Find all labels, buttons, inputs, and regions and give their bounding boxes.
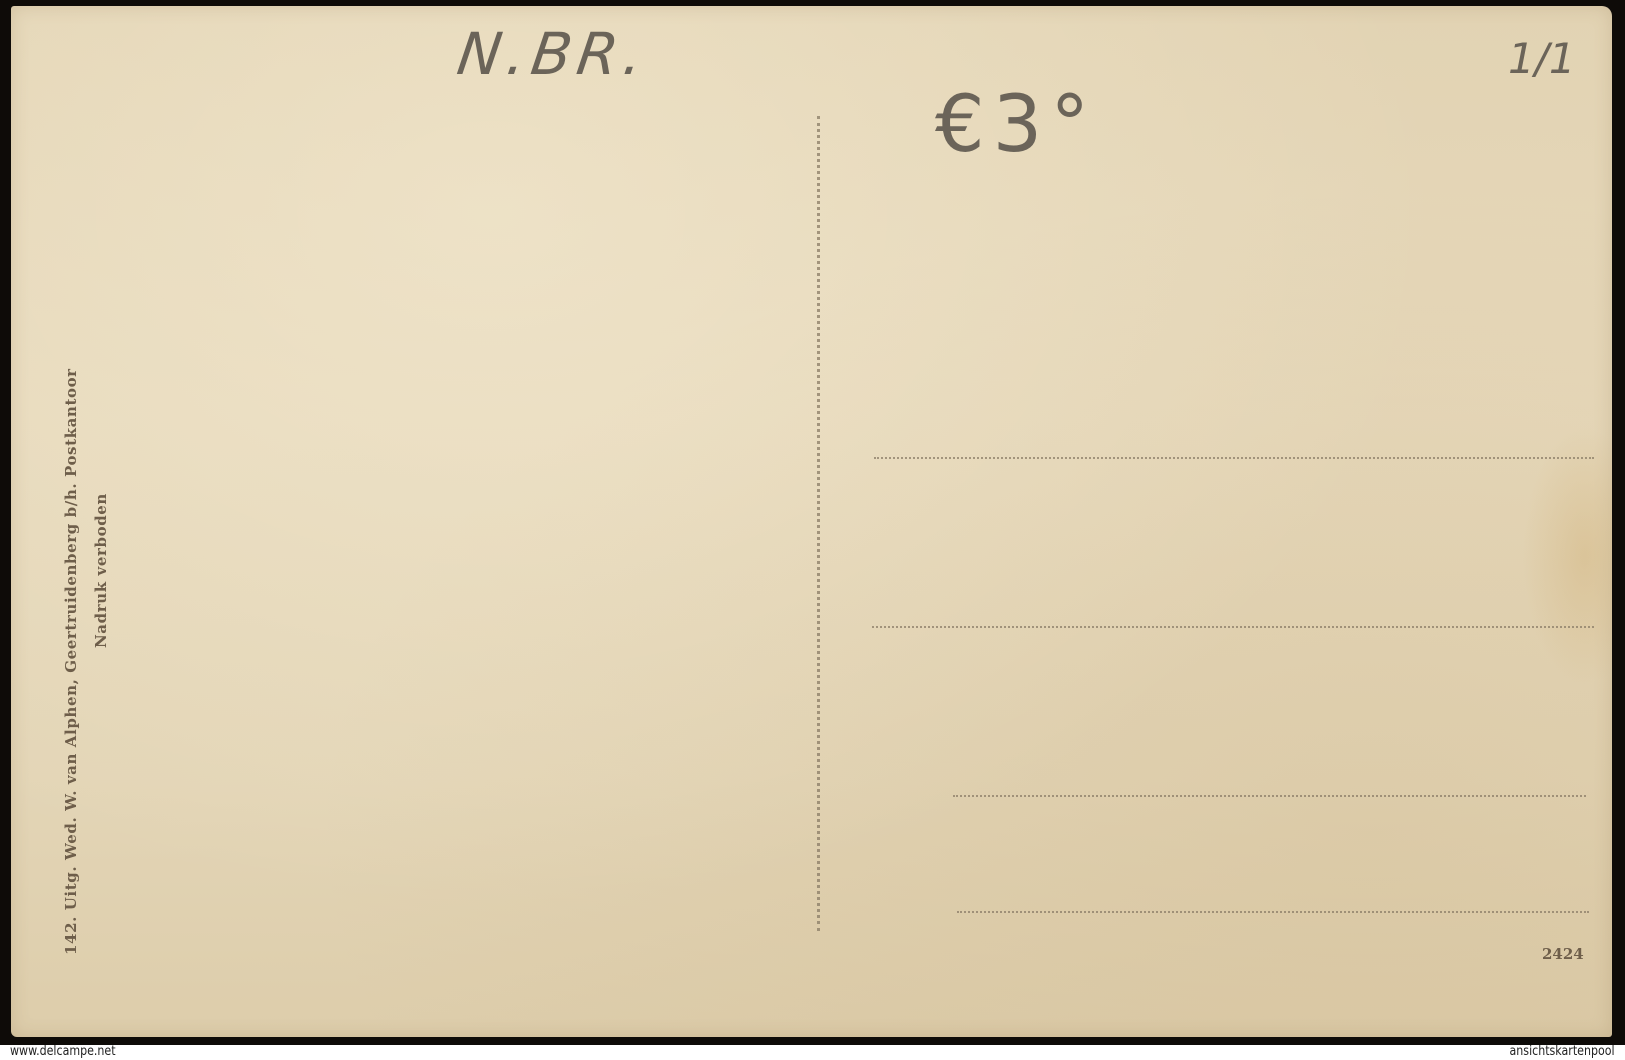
handwritten-price: €3° [935,80,1097,170]
address-line-2 [872,626,1594,628]
paper-stain [1522,426,1612,686]
card-number: 2424 [1542,945,1584,963]
reprint-notice: Nadruk verboden [92,493,110,648]
publisher-imprint: 142. Uitg. Wed. W. van Alphen, Geertruid… [62,368,80,955]
handwritten-region-note: N.BR. [453,20,653,88]
watermark-ansichtskartenpool: ansichtskartenpool [1510,1044,1615,1059]
postcard-back [11,6,1612,1037]
address-line-4 [957,911,1589,913]
center-divider-line [817,116,820,931]
watermark-delcampe: www.delcampe.net [10,1044,116,1059]
address-line-3 [953,795,1586,797]
footer-strip [0,1045,1625,1060]
address-line-1 [874,457,1594,459]
handwritten-count: 1/1 [1508,34,1576,83]
